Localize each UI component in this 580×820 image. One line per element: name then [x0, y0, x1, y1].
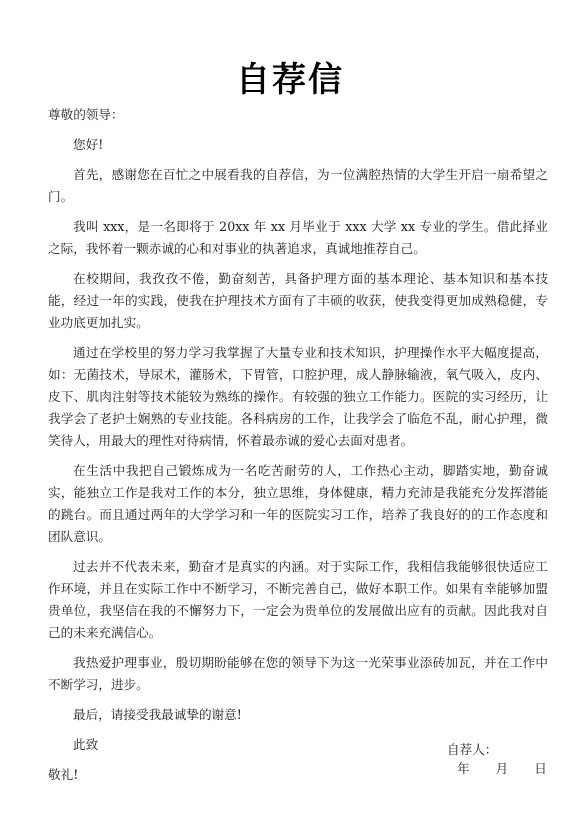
paragraph-5: 在生活中我把自己锻炼成为一名吃苦耐劳的人，工作热心主动，脚踏实地，勤奋诚实，能独… — [48, 460, 548, 548]
date-year: 年 — [457, 759, 470, 778]
paragraph-2: 我叫 xxx，是一名即将于 20xx 年 xx 月毕业于 xxx 大学 xx 专… — [48, 216, 548, 260]
letter-body: 尊敬的领导： 您好! 首先，感谢您在百忙之中展看我的自荐信，为一位满腔热情的大学… — [48, 104, 548, 794]
paragraph-8: 最后，请接受我最诚挚的谢意! — [48, 704, 548, 726]
document-title: 自荐信 — [0, 52, 580, 101]
paragraph-3: 在校期间，我孜孜不倦，勤奋刻苦，具备护理方面的基本理论、基本知识和基本技能，经过… — [48, 268, 548, 334]
paragraph-7: 我热爱护理事业，殷切期盼能够在您的领导下为这一光荣事业添砖加瓦，并在工作中不断学… — [48, 652, 548, 696]
date-day: 日 — [534, 759, 547, 778]
salutation: 尊敬的领导： — [48, 104, 548, 126]
date-month: 月 — [496, 759, 509, 778]
greeting: 您好! — [48, 134, 548, 156]
signature-date: 年 月 日 — [447, 759, 569, 778]
signature-block: 自荐人： 年 月 日 — [447, 740, 569, 778]
paragraph-4: 通过在学校里的努力学习我掌握了大量专业和技术知识，护理操作水平大幅度提高，如：无… — [48, 342, 548, 452]
paragraph-6: 过去并不代表未来，勤奋才是真实的内涵。对于实际工作，我相信我能够很快适应工作环境… — [48, 556, 548, 644]
letter-page: 自荐信 尊敬的领导： 您好! 首先，感谢您在百忙之中展看我的自荐信，为一位满腔热… — [0, 0, 580, 820]
signature-label: 自荐人： — [447, 740, 569, 759]
paragraph-1: 首先，感谢您在百忙之中展看我的自荐信，为一位满腔热情的大学生开启一扇希望之门。 — [48, 164, 548, 208]
